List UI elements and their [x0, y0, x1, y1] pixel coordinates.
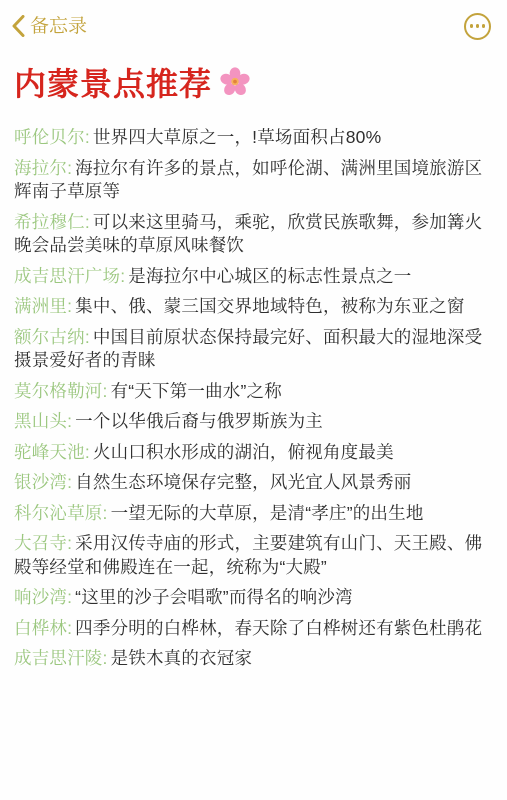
attraction-name: 黑山头 — [14, 411, 67, 431]
nav-bar: 备忘录 — [0, 0, 507, 42]
term-colon: : — [67, 533, 72, 553]
attraction-description: 一望无际的大草原，是清“孝庄”的出生地 — [111, 503, 424, 523]
term-colon: : — [67, 472, 72, 492]
attraction-name: 大召寺 — [14, 533, 67, 553]
term-colon: : — [103, 648, 108, 668]
attraction-item: 成吉思汗广场:是海拉尔中心城区的标志性景点之一 — [14, 265, 493, 289]
attraction-name: 希拉穆仁 — [14, 212, 85, 232]
more-button[interactable] — [464, 13, 491, 40]
attraction-name: 驼峰天池 — [14, 442, 85, 462]
attraction-description: 有“天下第一曲水”之称 — [111, 381, 282, 401]
attraction-description: 海拉尔有许多的景点，如呼伦湖、满洲里国境旅游区辉南子草原等 — [14, 158, 482, 202]
attraction-item: 希拉穆仁:可以来这里骑马，乘驼，欣赏民族歌舞，参加篝火晚会品尝美味的草原风味餐饮 — [14, 211, 493, 258]
cherry-blossom-icon — [219, 66, 251, 98]
term-colon: : — [85, 442, 90, 462]
term-colon: : — [67, 618, 72, 638]
attraction-description: 是铁木真的衣冠家 — [111, 648, 253, 668]
attraction-name: 额尔古纳 — [14, 327, 85, 347]
term-colon: : — [67, 296, 72, 316]
attraction-description: 采用汉传寺庙的形式，主要建筑有山门、天王殿、佛殿等经堂和佛殿连在一起，统称为“大… — [14, 533, 482, 577]
attraction-item: 海拉尔:海拉尔有许多的景点，如呼伦湖、满洲里国境旅游区辉南子草原等 — [14, 157, 493, 204]
note-body[interactable]: 呼伦贝尔:世界四大草原之一，!草场面积占80%海拉尔:海拉尔有许多的景点，如呼伦… — [0, 126, 507, 671]
attraction-description: 一个以华俄后裔与俄罗斯族为主 — [75, 411, 323, 431]
attraction-item: 成吉思汗陵:是铁木真的衣冠家 — [14, 647, 493, 671]
attraction-item: 黑山头:一个以华俄后裔与俄罗斯族为主 — [14, 410, 493, 434]
attraction-item: 科尔沁草原:一望无际的大草原，是清“孝庄”的出生地 — [14, 502, 493, 526]
term-colon: : — [85, 212, 90, 232]
term-colon: : — [103, 381, 108, 401]
chevron-left-icon — [12, 15, 25, 37]
attraction-description: 世界四大草原之一，!草场面积占80% — [93, 127, 382, 147]
attraction-item: 响沙湾:“这里的沙子会唱歌”而得名的响沙湾 — [14, 586, 493, 610]
term-colon: : — [67, 411, 72, 431]
attraction-item: 大召寺:采用汉传寺庙的形式，主要建筑有山门、天王殿、佛殿等经堂和佛殿连在一起，统… — [14, 532, 493, 579]
attraction-item: 满洲里:集中、俄、蒙三国交界地域特色，被称为东亚之窗 — [14, 295, 493, 319]
attraction-name: 莫尔格勒河 — [14, 381, 103, 401]
attraction-name: 满洲里 — [14, 296, 67, 316]
attraction-item: 额尔古纳:中国目前原状态保持最完好、面积最大的湿地深受摄景爱好者的青睐 — [14, 326, 493, 373]
term-colon: : — [120, 266, 125, 286]
attraction-name: 科尔沁草原 — [14, 503, 103, 523]
attraction-name: 成吉思汗广场 — [14, 266, 120, 286]
attraction-description: 是海拉尔中心城区的标志性景点之一 — [128, 266, 411, 286]
attraction-description: 火山口积水形成的湖泊，俯视角度最美 — [93, 442, 394, 462]
term-colon: : — [85, 327, 90, 347]
attraction-description: 自然生态环境保存完整，风光宜人风景秀丽 — [75, 472, 411, 492]
attraction-name: 呼伦贝尔 — [14, 127, 85, 147]
note-title-text: 内蒙景点推荐 — [14, 59, 212, 105]
term-colon: : — [85, 127, 90, 147]
attraction-name: 银沙湾 — [14, 472, 67, 492]
attraction-item: 驼峰天池:火山口积水形成的湖泊，俯视角度最美 — [14, 441, 493, 465]
attraction-description: 集中、俄、蒙三国交界地域特色，被称为东亚之窗 — [75, 296, 464, 316]
attraction-name: 响沙湾 — [14, 587, 67, 607]
term-colon: : — [67, 587, 72, 607]
attraction-item: 莫尔格勒河:有“天下第一曲水”之称 — [14, 380, 493, 404]
attraction-description: “这里的沙子会唱歌”而得名的响沙湾 — [75, 587, 353, 607]
back-button[interactable]: 备忘录 — [12, 15, 87, 37]
term-colon: : — [67, 158, 72, 178]
attraction-item: 白桦林:四季分明的白桦林，春天除了白桦树还有紫色杜鹃花 — [14, 617, 493, 641]
attraction-name: 海拉尔 — [14, 158, 67, 178]
attraction-item: 呼伦贝尔:世界四大草原之一，!草场面积占80% — [14, 126, 493, 150]
ellipsis-icon — [470, 24, 473, 27]
attraction-item: 银沙湾:自然生态环境保存完整，风光宜人风景秀丽 — [14, 471, 493, 495]
term-colon: : — [103, 503, 108, 523]
attraction-name: 成吉思汗陵 — [14, 648, 103, 668]
note-title: 内蒙景点推荐 — [14, 59, 493, 105]
attraction-description: 四季分明的白桦林，春天除了白桦树还有紫色杜鹃花 — [75, 618, 482, 638]
notes-app-screen: 备忘录 内蒙景点推荐 呼伦贝尔:世界四大草原之 — [0, 0, 507, 800]
attraction-name: 白桦林 — [14, 618, 67, 638]
back-button-label: 备忘录 — [30, 17, 87, 36]
